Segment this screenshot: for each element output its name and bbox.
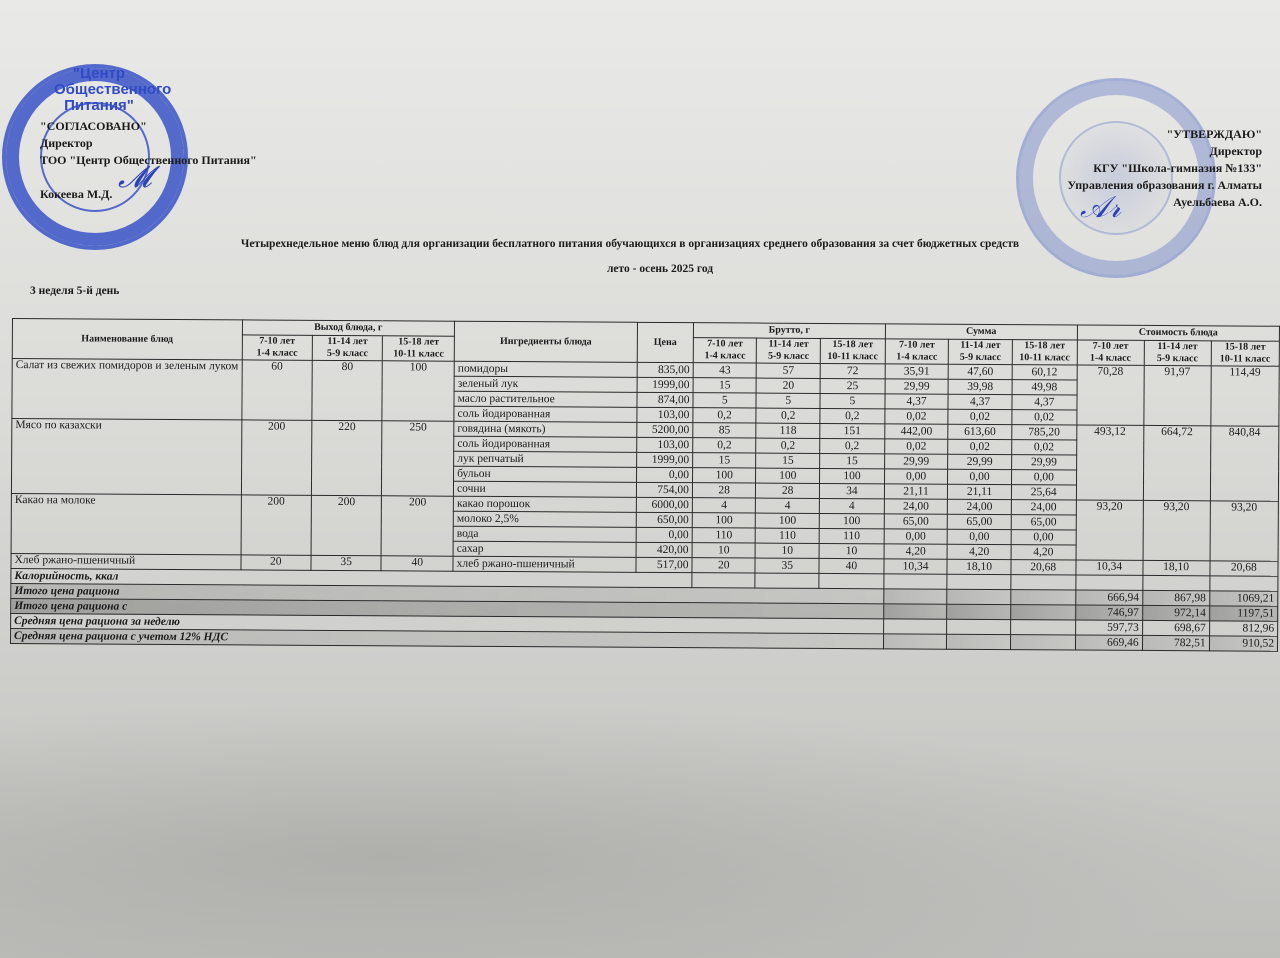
grade-label: 10-11 класс [824, 351, 882, 363]
ingredient-gross: 0,2 [693, 438, 757, 453]
ingredient-gross: 57 [757, 363, 821, 378]
ingredient-gross: 85 [693, 423, 757, 438]
summary-empty-cell [1011, 590, 1076, 605]
summary-value: 867,98 [1142, 590, 1209, 605]
ingredient-gross: 5 [693, 393, 757, 408]
header-sum-age-group: 15-18 лет10-11 класс [1012, 340, 1077, 365]
ingredient-gross: 0,2 [693, 408, 757, 423]
grade-label: 5-9 класс [1147, 353, 1207, 365]
ingredient-gross: 15 [820, 453, 885, 468]
ingredient-gross: 35 [755, 558, 819, 573]
dish-yield: 200 [241, 420, 312, 495]
header-ingredients: Ингредиенты блюда [454, 321, 637, 362]
ingredient-gross: 0,2 [756, 438, 820, 453]
header-dish-name: Наименование блюд [12, 319, 242, 360]
ingredient-gross: 10 [819, 543, 884, 558]
summary-empty-cell [884, 604, 948, 619]
dish-yield: 200 [241, 495, 312, 555]
header-yield-age-group: 11-14 лет5-9 класс [312, 335, 383, 360]
ingredient-sum: 4,37 [948, 394, 1012, 409]
ingredient-gross: 20 [692, 558, 756, 573]
ingredient-gross: 100 [820, 468, 885, 483]
ingredient-gross: 100 [756, 468, 820, 483]
dish-cost: 664,72 [1143, 425, 1210, 500]
header-yield-age-group: 7-10 лет1-4 класс [242, 335, 313, 360]
summary-empty-cell [1010, 620, 1075, 635]
summary-value: 597,73 [1075, 620, 1142, 635]
ingredient-sum: 65,00 [1011, 515, 1076, 530]
ingredient-sum: 4,20 [1011, 545, 1076, 560]
age-label: 7-10 лет [245, 335, 308, 347]
ingredient-sum: 0,00 [884, 469, 948, 484]
ingredient-sum: 18,10 [947, 559, 1011, 574]
dish-yield: 40 [381, 556, 453, 571]
dish-cost: 70,28 [1077, 365, 1144, 425]
header-price: Цена [637, 322, 693, 362]
summary-empty-cell [819, 573, 884, 588]
ingredient-sum: 24,00 [1011, 500, 1076, 515]
dish-yield: 100 [382, 361, 454, 421]
ingredient-gross: 100 [756, 513, 820, 528]
dish-name: Какао на молоке [11, 493, 241, 554]
ingredient-sum: 29,99 [948, 454, 1012, 469]
ingredient-gross: 10 [756, 543, 820, 558]
ingredient-sum: 35,91 [885, 364, 949, 379]
summary-empty-cell [1076, 575, 1143, 590]
ingredient-gross: 110 [692, 528, 756, 543]
approval-right-heading: "УТВЕРЖДАЮ" [1067, 126, 1262, 143]
summary-empty-cell [1011, 605, 1076, 620]
age-label: 11-14 лет [316, 336, 379, 348]
age-label: 15-18 лет [1214, 341, 1275, 353]
ingredient-gross: 28 [756, 483, 820, 498]
dish-cost: 20,68 [1210, 561, 1278, 576]
ingredient-gross: 110 [819, 528, 884, 543]
ingredient-gross: 5 [756, 393, 820, 408]
dish-cost: 93,20 [1210, 501, 1279, 561]
ingredient-name: говядина (мякоть) [454, 421, 637, 437]
ingredient-sum: 39,98 [948, 379, 1012, 394]
ingredient-price: 874,00 [637, 392, 693, 407]
ingredient-name: сахар [453, 541, 636, 557]
header-dish-cost: Стоимость блюда [1077, 325, 1279, 341]
ingredient-name: какао порошок [453, 496, 636, 512]
summary-empty-cell [947, 589, 1011, 604]
ingredient-name: соль йодированная [454, 406, 637, 422]
dish-cost: 93,20 [1076, 500, 1143, 560]
age-label: 11-14 лет [1147, 341, 1207, 353]
ingredient-sum: 0,02 [1012, 440, 1077, 455]
header-gross-age-group: 7-10 лет1-4 класс [693, 338, 757, 363]
ingredient-sum: 65,00 [948, 514, 1012, 529]
age-label: 7-10 лет [1080, 341, 1140, 353]
ingredient-name: вода [453, 526, 636, 542]
ingredient-sum: 49,98 [1012, 380, 1077, 395]
ingredient-gross: 40 [819, 558, 884, 573]
ingredient-name: лук репчатый [454, 451, 637, 467]
ingredient-gross: 0,2 [756, 408, 820, 423]
ingredient-name: соль йодированная [454, 436, 637, 452]
ingredient-sum: 10,34 [884, 559, 948, 574]
paper-shadow [0, 700, 1280, 958]
ingredient-price: 6000,00 [636, 497, 692, 512]
summary-empty-cell [692, 573, 756, 588]
grade-label: 1-4 класс [697, 350, 754, 362]
ingredient-price: 1999,00 [636, 452, 692, 467]
dish-name: Мясо по казахски [11, 419, 241, 495]
approval-left: "СОГЛАСОВАНО" Директор ТОО "Центр Общест… [40, 118, 257, 203]
summary-value: 698,67 [1142, 620, 1209, 635]
ingredient-sum: 21,11 [948, 484, 1012, 499]
ingredient-sum: 29,99 [1011, 455, 1076, 470]
ingredient-price: 754,00 [636, 482, 692, 497]
summary-empty-cell [1011, 575, 1076, 590]
ingredient-sum: 20,68 [1011, 560, 1076, 575]
ingredient-price: 5200,00 [637, 422, 693, 437]
approval-right-name: Ауельбаева А.О. [1067, 194, 1262, 211]
ingredient-price: 103,00 [637, 437, 693, 452]
ingredient-sum: 613,60 [948, 424, 1012, 439]
ingredient-sum: 0,02 [885, 439, 949, 454]
ingredient-sum: 0,00 [948, 469, 1012, 484]
header-yield-age-group: 15-18 лет10-11 класс [383, 336, 455, 361]
ingredient-price: 650,00 [636, 512, 692, 527]
summary-empty-cell [1143, 575, 1210, 590]
ingredient-price: 103,00 [637, 407, 693, 422]
ingredient-sum: 21,11 [884, 484, 948, 499]
summary-value: 910,52 [1209, 636, 1277, 651]
ingredient-gross: 100 [819, 513, 884, 528]
summary-empty-cell [1010, 635, 1075, 650]
ingredient-price: 0,00 [636, 527, 692, 542]
header-gross: Брутто, г [693, 323, 885, 339]
ingredient-price: 517,00 [636, 557, 692, 572]
ingredient-gross: 100 [692, 468, 756, 483]
grade-label: 10-11 класс [386, 348, 451, 360]
ingredient-sum: 442,00 [885, 424, 949, 439]
ingredient-gross: 118 [756, 423, 820, 438]
ingredient-gross: 0,2 [820, 438, 885, 453]
ingredient-sum: 0,00 [1011, 530, 1076, 545]
summary-value: 666,94 [1075, 590, 1142, 605]
ingredient-sum: 0,02 [948, 409, 1012, 424]
header-gross-age-group: 15-18 лет10-11 класс [820, 338, 885, 363]
ingredient-gross: 110 [756, 528, 820, 543]
dish-yield: 200 [311, 495, 382, 555]
dish-yield: 60 [241, 360, 312, 420]
header-cost-age-group: 11-14 лет5-9 класс [1144, 340, 1211, 365]
header-sum-age-group: 7-10 лет1-4 класс [885, 339, 949, 364]
summary-value: 746,97 [1075, 605, 1142, 620]
ingredient-gross: 15 [693, 453, 757, 468]
grade-label: 10-11 класс [1016, 352, 1074, 364]
approval-right-organization: КГУ "Школа-гимназия №133" [1067, 160, 1262, 177]
ingredient-sum: 24,00 [884, 499, 948, 514]
ingredient-sum: 29,99 [884, 454, 948, 469]
ingredient-name: хлеб ржано-пшеничный [453, 556, 636, 572]
ingredient-sum: 24,00 [948, 499, 1012, 514]
ingredient-gross: 43 [693, 363, 757, 378]
summary-empty-cell [1209, 576, 1277, 591]
grade-label: 1-4 класс [245, 347, 308, 359]
header-cost-age-group: 7-10 лет1-4 класс [1077, 340, 1144, 365]
week-day-label: 3 неделя 5-й день [30, 285, 119, 297]
ingredient-sum: 4,37 [885, 394, 949, 409]
summary-value: 782,51 [1142, 635, 1209, 650]
approval-left-position: Директор [40, 135, 257, 152]
ingredient-sum: 0,00 [884, 529, 948, 544]
dish-cost: 114,49 [1210, 366, 1279, 426]
approval-right: "УТВЕРЖДАЮ" Директор КГУ "Школа-гимназия… [1067, 126, 1262, 211]
approval-left-organization: ТОО "Центр Общественного Питания" [40, 152, 257, 169]
ingredient-sum: 4,37 [1012, 395, 1077, 410]
ingredient-gross: 4 [819, 498, 884, 513]
dish-cost: 93,20 [1143, 500, 1210, 560]
ingredient-gross: 15 [756, 453, 820, 468]
dish-cost: 91,97 [1144, 365, 1211, 425]
ingredient-sum: 47,60 [948, 364, 1012, 379]
ingredient-gross: 28 [692, 483, 756, 498]
ingredient-gross: 4 [692, 498, 756, 513]
age-label: 11-14 лет [760, 339, 817, 351]
ingredient-sum: 0,02 [1012, 410, 1077, 425]
ingredient-sum: 0,00 [947, 529, 1011, 544]
header-yield: Выход блюда, г [242, 320, 455, 336]
ingredient-name: молоко 2,5% [453, 511, 636, 527]
ingredient-name: сочни [454, 481, 637, 497]
summary-value: 1069,21 [1209, 591, 1277, 606]
approval-right-department: Управления образования г. Алматы [1067, 177, 1262, 194]
header-gross-age-group: 11-14 лет5-9 класс [757, 338, 821, 363]
age-label: 15-18 лет [824, 339, 882, 351]
ingredient-name: помидоры [454, 361, 637, 377]
ingredient-gross: 72 [820, 363, 885, 378]
summary-empty-cell [947, 634, 1011, 649]
document-subtitle: лето - осень 2025 год [20, 263, 1280, 275]
ingredient-sum: 0,02 [885, 409, 949, 424]
ingredient-price: 0,00 [636, 467, 692, 482]
grade-label: 1-4 класс [889, 351, 946, 363]
approval-left-heading: "СОГЛАСОВАНО" [40, 118, 257, 135]
summary-empty-cell [755, 573, 819, 588]
age-label: 15-18 лет [1016, 340, 1074, 352]
ingredient-gross: 10 [692, 543, 756, 558]
age-label: 11-14 лет [952, 340, 1009, 352]
summary-value: 669,46 [1075, 635, 1142, 650]
summary-value: 1197,51 [1209, 606, 1277, 621]
approval-left-name: Кокеева М.Д. [40, 186, 257, 203]
ingredient-gross: 151 [820, 423, 885, 438]
grade-label: 1-4 класс [1080, 353, 1140, 365]
ingredient-gross: 15 [693, 378, 757, 393]
ingredient-gross: 20 [757, 378, 821, 393]
age-label: 15-18 лет [386, 336, 451, 348]
header-sum-age-group: 11-14 лет5-9 класс [949, 339, 1013, 364]
grade-label: 10-11 класс [1214, 353, 1275, 365]
ingredient-price: 420,00 [636, 542, 692, 557]
dish-name: Хлеб ржано-пшеничный [11, 553, 241, 569]
ingredient-sum: 0,02 [948, 439, 1012, 454]
stamp-left-center-text: "Центр Общественного Питания" [54, 66, 144, 114]
summary-empty-cell [884, 574, 948, 589]
dish-cost: 493,12 [1076, 425, 1143, 500]
summary-value: 972,14 [1142, 605, 1209, 620]
header-cost-age-group: 15-18 лет10-11 класс [1211, 341, 1280, 366]
ingredient-name: зеленый лук [454, 376, 637, 392]
dish-yield: 220 [311, 420, 382, 495]
age-label: 7-10 лет [889, 339, 946, 351]
summary-value: 812,96 [1209, 621, 1277, 636]
ingredient-name: масло растительное [454, 391, 637, 407]
ingredient-sum: 4,20 [884, 544, 948, 559]
summary-empty-cell [883, 619, 947, 634]
ingredient-gross: 100 [692, 513, 756, 528]
dish-yield: 250 [382, 421, 454, 496]
dish-yield: 35 [311, 555, 381, 570]
dish-name: Салат из свежих помидоров и зеленым луко… [12, 359, 242, 420]
ingredient-sum: 60,12 [1012, 365, 1077, 380]
ingredient-gross: 25 [820, 378, 885, 393]
grade-label: 5-9 класс [316, 348, 379, 360]
ingredient-sum: 4,20 [947, 544, 1011, 559]
summary-empty-cell [947, 619, 1011, 634]
ingredient-name: бульон [454, 466, 637, 482]
dish-cost: 840,84 [1210, 426, 1279, 501]
menu-table: Наименование блюд Выход блюда, г Ингреди… [10, 318, 1280, 652]
ingredient-price: 1999,00 [637, 377, 693, 392]
ingredient-sum: 65,00 [884, 514, 948, 529]
approval-right-position: Директор [1067, 143, 1262, 160]
age-label: 7-10 лет [697, 338, 754, 350]
ingredient-sum: 25,64 [1011, 485, 1076, 500]
ingredient-sum: 785,20 [1012, 425, 1077, 440]
ingredient-sum: 0,00 [1011, 470, 1076, 485]
summary-empty-cell [883, 634, 947, 649]
dish-yield: 80 [312, 360, 383, 420]
summary-empty-cell [947, 574, 1011, 589]
document-title: Четырехнедельное меню блюд для организац… [0, 238, 1270, 250]
summary-empty-cell [947, 604, 1011, 619]
dish-yield: 200 [381, 496, 453, 556]
grade-label: 5-9 класс [952, 352, 1009, 364]
summary-empty-cell [884, 589, 948, 604]
dish-yield: 20 [241, 555, 311, 570]
ingredient-gross: 4 [756, 498, 820, 513]
grade-label: 5-9 класс [760, 351, 817, 363]
dish-cost: 18,10 [1143, 560, 1210, 575]
ingredient-gross: 34 [819, 483, 884, 498]
ingredient-gross: 0,2 [820, 408, 885, 423]
ingredient-gross: 5 [820, 393, 885, 408]
ingredient-sum: 29,99 [885, 379, 949, 394]
ingredient-price: 835,00 [637, 362, 693, 377]
header-sum: Сумма [885, 324, 1077, 340]
dish-cost: 10,34 [1076, 560, 1143, 575]
